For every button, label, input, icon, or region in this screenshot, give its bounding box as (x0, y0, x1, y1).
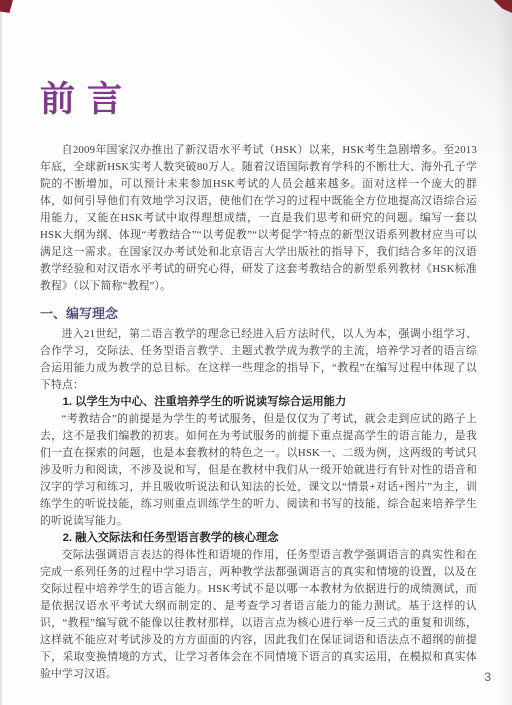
point-1-body: “考教结合”的前提是为学生的考试服务，但是仅仅为了考试，就会走到应试的路子上去，… (40, 411, 477, 530)
page-number: 3 (484, 670, 491, 684)
section-lead-paragraph: 进入21世纪，第二语言教学的理念已经进入后方法时代，以人为本，强调小组学习、合作… (40, 326, 477, 394)
scanned-book-page: 前言 自2009年国家汉办推出了新汉语水平考试（HSK）以来，HSK考生急剧增多… (0, 0, 512, 705)
point-2-body: 交际法强调语言表达的得体性和语境的作用，任务型语言教学强调语言的真实性和在完成一… (40, 547, 477, 683)
point-1-heading: 1. 以学生为中心、注重培养学生的听说读写综合运用能力 (40, 394, 477, 411)
intro-paragraph: 自2009年国家汉办推出了新汉语水平考试（HSK）以来，HSK考生急剧增多。至2… (40, 142, 477, 295)
section-heading: 一、编写理念 (40, 306, 477, 321)
point-2-heading: 2. 融入交际法和任务型语言教学的核心理念 (40, 530, 477, 547)
page-content: 前言 自2009年国家汉办推出了新汉语水平考试（HSK）以来，HSK考生急剧增多… (0, 80, 512, 683)
page-title: 前言 (40, 80, 477, 120)
red-corner-mark-right (492, 0, 512, 14)
red-corner-mark-left (0, 0, 13, 13)
